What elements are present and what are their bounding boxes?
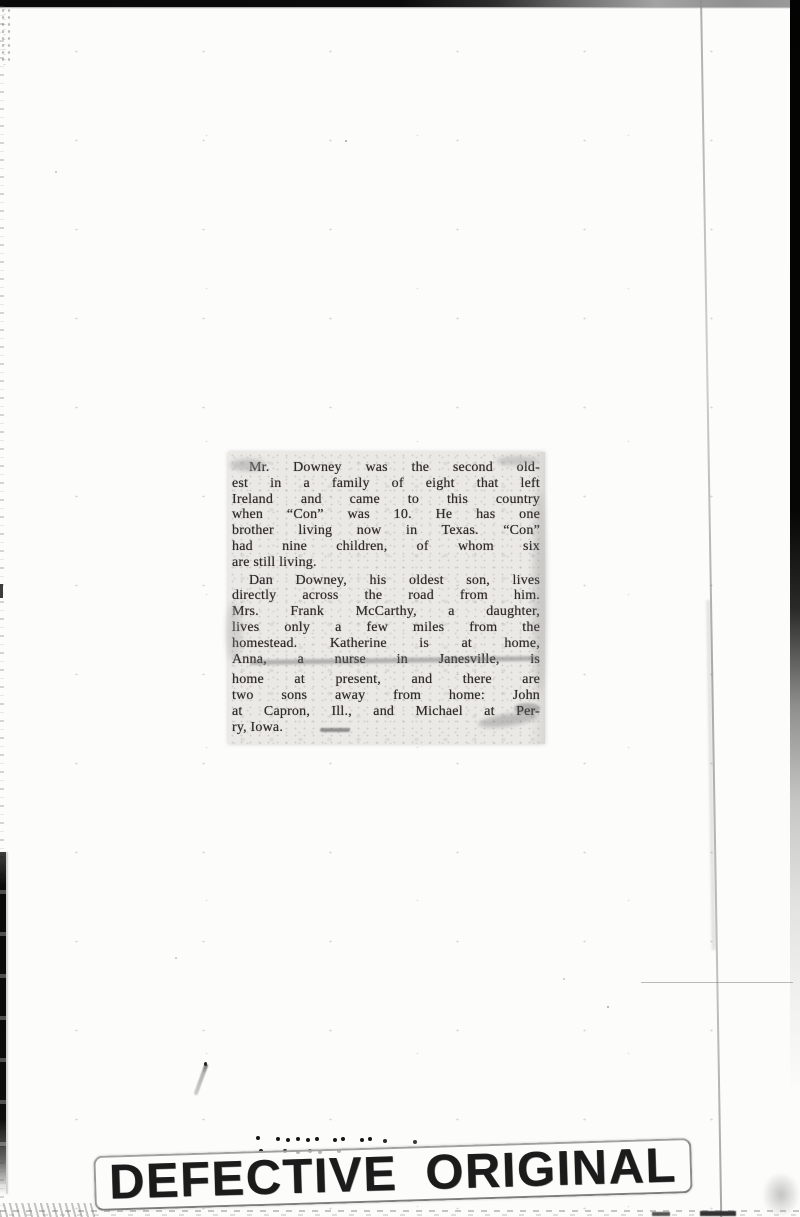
clipping-line: had nine children, of whom six (232, 539, 540, 555)
clipping-line: when “Con” was 10. He has one (232, 507, 540, 523)
scan-edge-top (0, 0, 800, 7)
stamp-word-defective: DEFECTIVE (108, 1150, 398, 1208)
clipping-line: home at present, and there are (232, 672, 540, 688)
scan-edge-left-bar (0, 852, 6, 1194)
pen-dot-mark (204, 1062, 207, 1066)
clipping-line: Mr. Downey was the second old- (232, 460, 540, 476)
dust-specks (345, 140, 347, 142)
clipping-line: are still living. (232, 555, 540, 571)
clipping-line: est in a family of eight that left (232, 476, 540, 492)
stamp-word-original: ORIGINAL (425, 1141, 678, 1198)
clipping-line: two sons away from home: John (232, 688, 540, 704)
clipping-line: directly across the road from him. (232, 588, 540, 604)
clipping-line: brother living now in Texas. “Con” (232, 523, 540, 539)
clipping-line: Ireland and came to this country (232, 492, 540, 508)
paper-blotch (230, 459, 266, 471)
scan-edge-right (790, 0, 800, 1217)
scan-edge-mark (700, 1211, 736, 1216)
scan-edge-mark (0, 584, 3, 598)
defective-original-stamp: DEFECTIVE ORIGINAL (93, 1138, 692, 1211)
clipping-line: lives only a few miles from the (232, 620, 540, 636)
paper-blotch (226, 602, 242, 662)
scan-corner-specks (0, 7, 12, 65)
ink-smudge (320, 728, 350, 732)
clipping-line: homestead. Katherine is at home, (232, 636, 540, 652)
clipping-line: Dan Downey, his oldest son, lives (232, 573, 540, 589)
horizontal-crease (641, 982, 793, 983)
scan-edge-bottom-left (0, 1203, 95, 1217)
scan-edge-mark (652, 1212, 670, 1216)
paper-blotch (533, 492, 547, 692)
ink-dots (256, 1136, 260, 1140)
clipping-line: Mrs. Frank McCarthy, a daughter, (232, 604, 540, 620)
newspaper-clipping: Mr. Downey was the second old- est in a … (228, 452, 545, 744)
pen-stroke-mark (193, 1063, 208, 1095)
fold-crease-line (700, 0, 722, 1217)
clipping-paragraph-2: Dan Downey, his oldest son, lives direct… (232, 573, 540, 668)
paper-blotch (496, 456, 538, 466)
clipping-paragraph-1: Mr. Downey was the second old- est in a … (232, 460, 540, 571)
scanned-page: Mr. Downey was the second old- est in a … (0, 0, 800, 1217)
scan-corner-smudge (762, 1172, 800, 1217)
